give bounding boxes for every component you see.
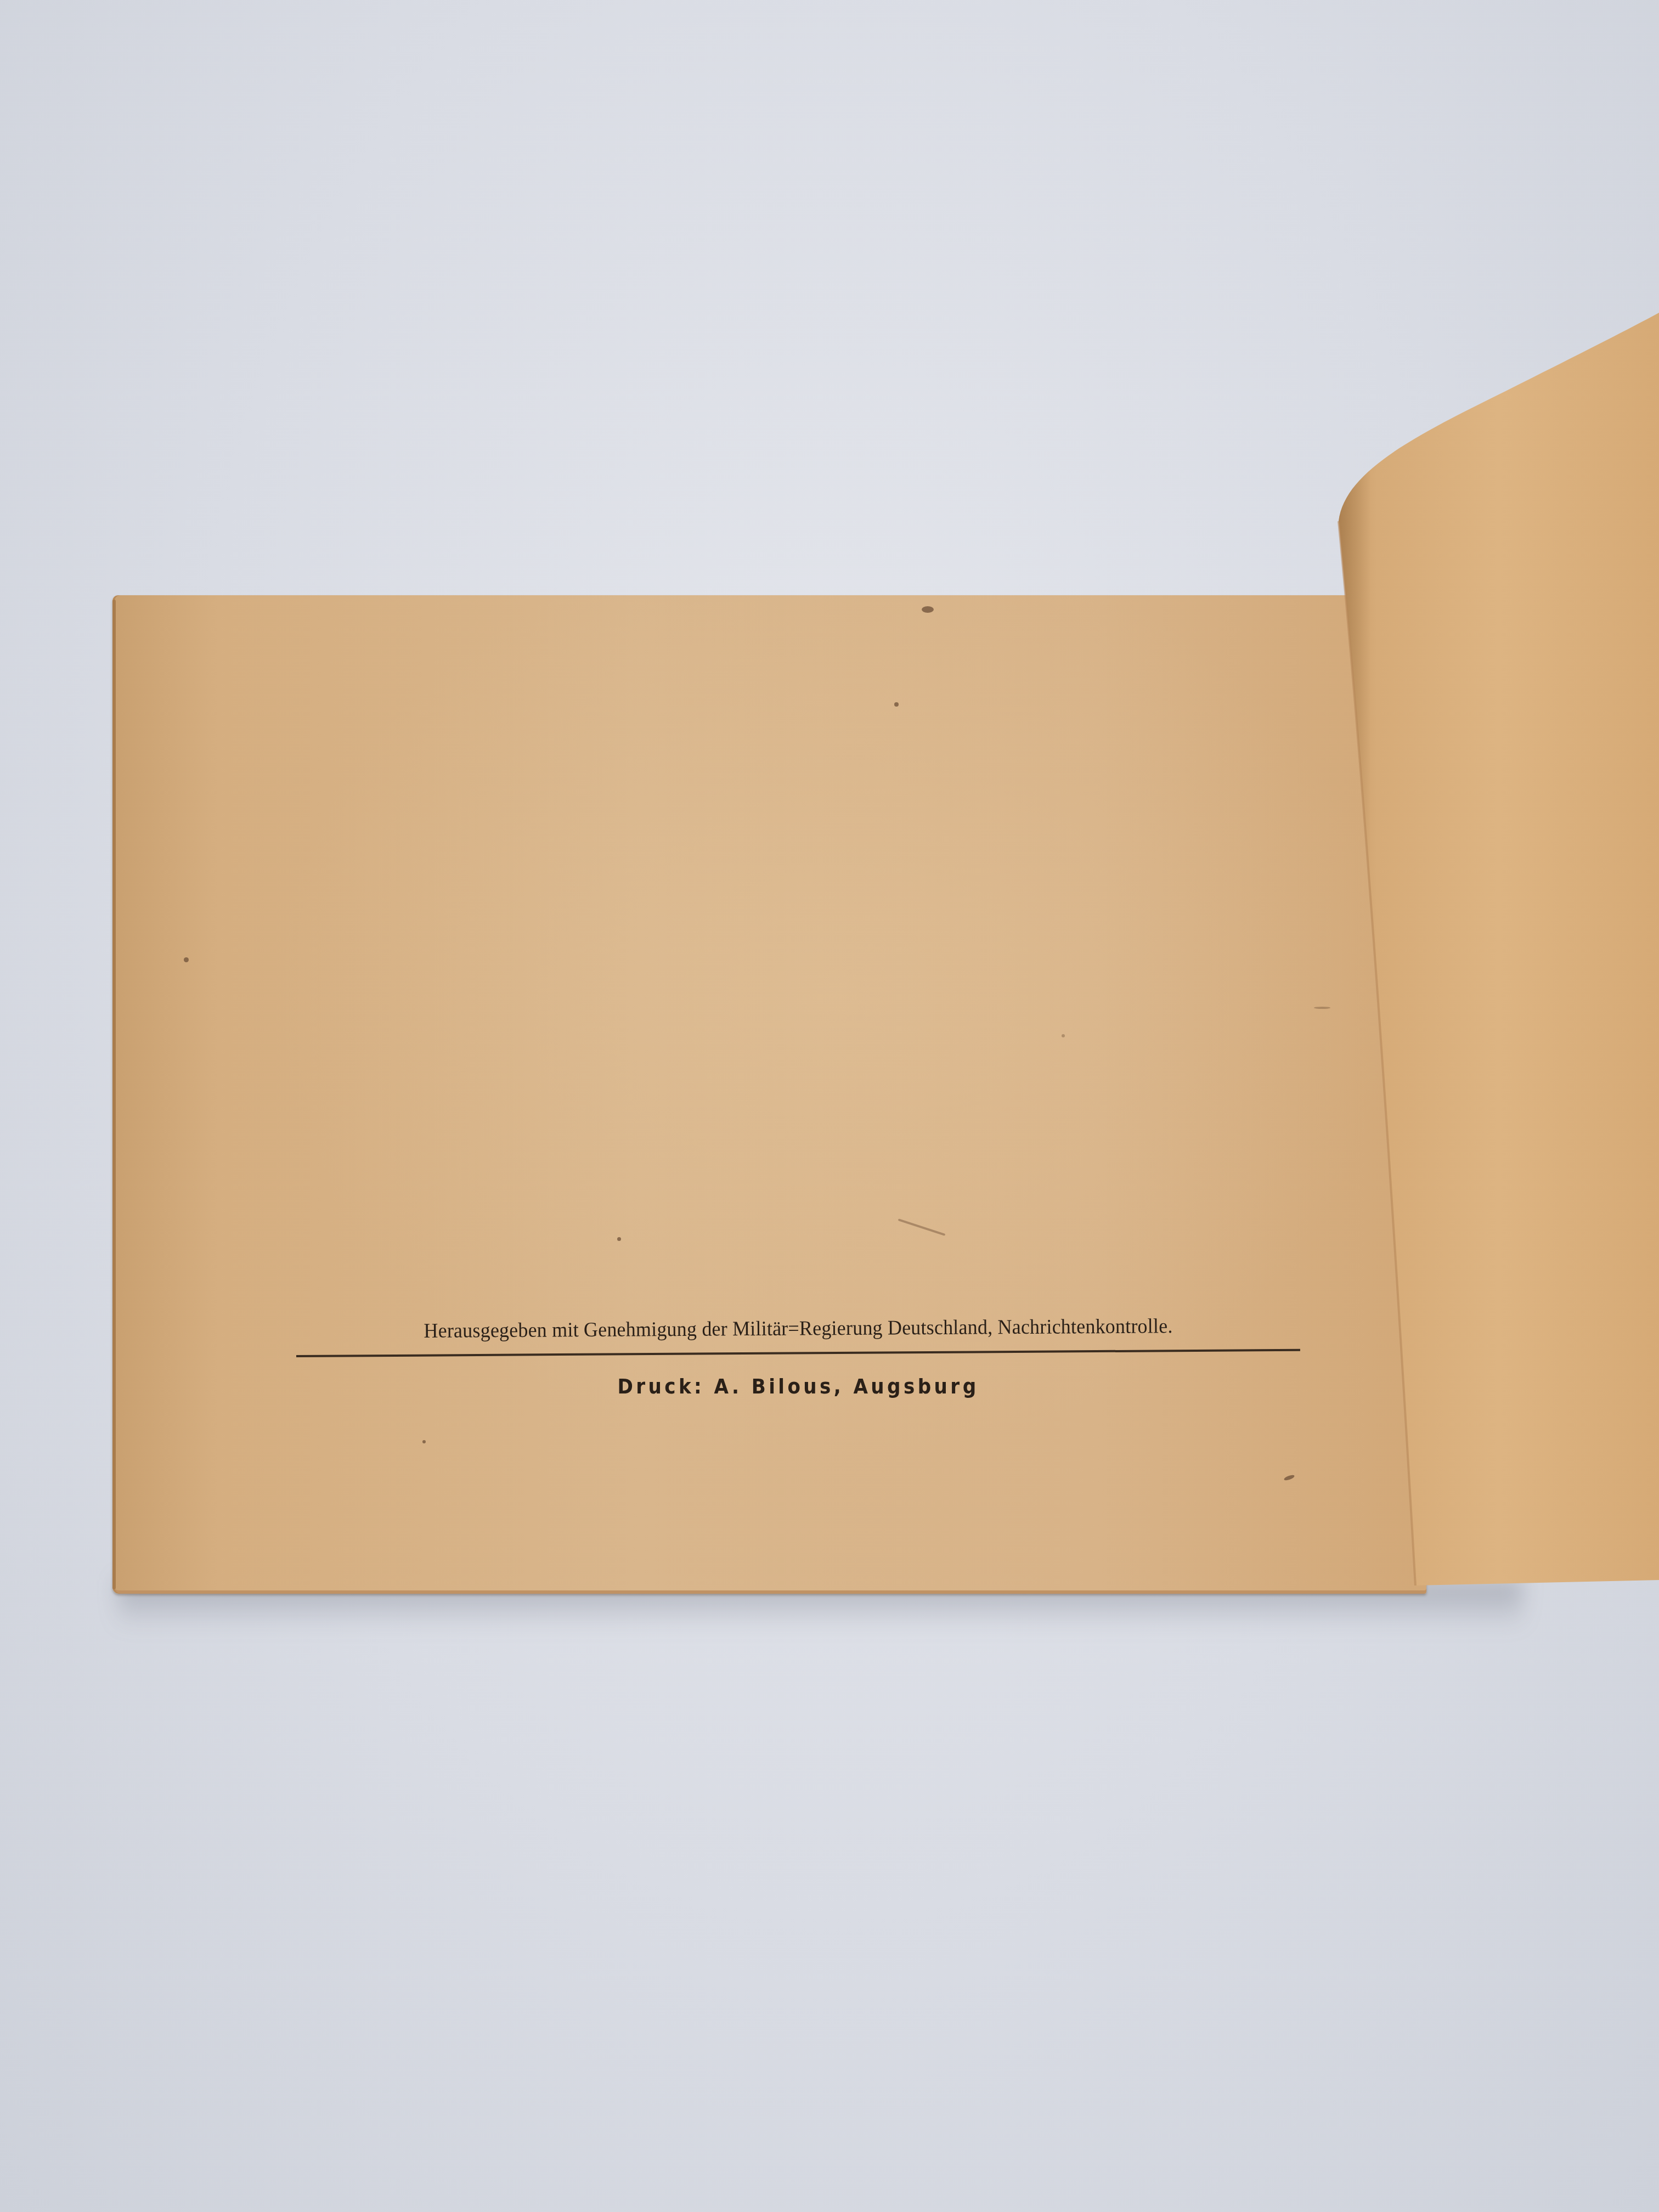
paper-speck [1062, 1034, 1065, 1037]
paper-speck [894, 702, 899, 707]
imprint-publisher-note: Herausgegeben mit Genehmigung der Militä… [296, 1313, 1300, 1344]
imprint-divider-rule [296, 1349, 1300, 1357]
photo-scene: Herausgegeben mit Genehmigung der Militä… [0, 0, 1659, 2212]
paper-speck [922, 606, 934, 613]
paper-speck [422, 1440, 426, 1443]
page-spine-edge [112, 600, 116, 1589]
paper-speck [617, 1237, 621, 1241]
paper-speck [898, 1218, 946, 1236]
paper-speck [1314, 1007, 1330, 1009]
paper-speck [1283, 1474, 1295, 1481]
imprint-printer: Druck: A. Bilous, Augsburg [347, 1374, 1250, 1398]
booklet-left-page: Herausgegeben mit Genehmigung der Militä… [112, 595, 1426, 1594]
booklet-curled-page [1333, 313, 1659, 1591]
curled-page-shape [1333, 313, 1659, 1591]
paper-speck [184, 957, 189, 962]
